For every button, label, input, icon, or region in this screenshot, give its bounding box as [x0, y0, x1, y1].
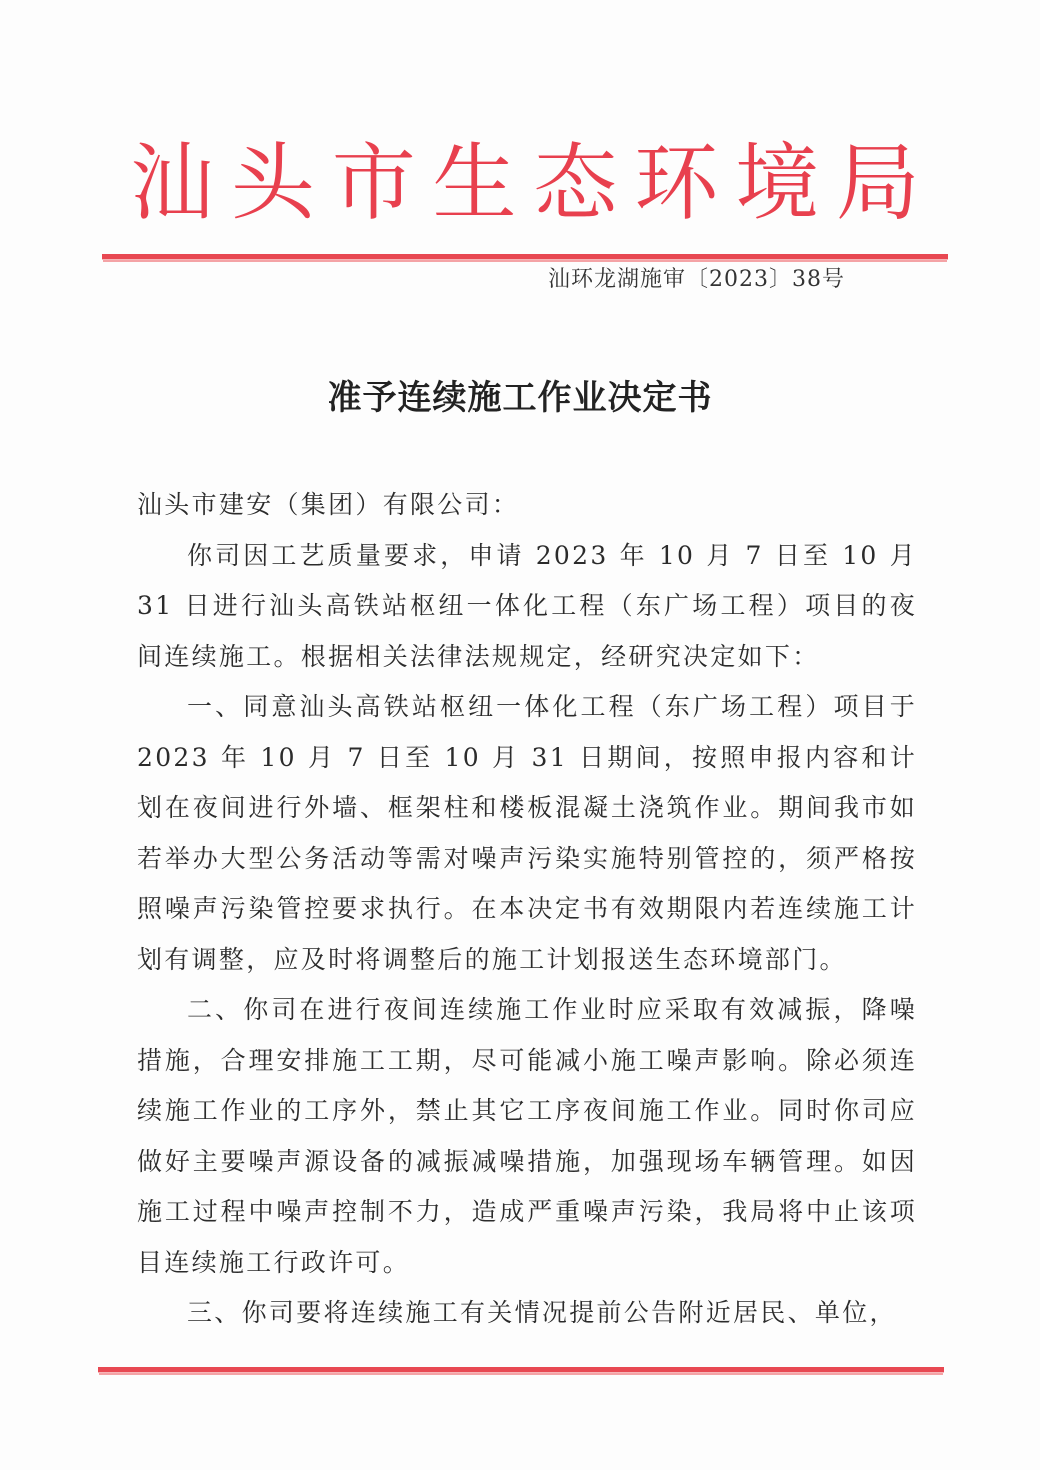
org-char: 汕 [130, 128, 214, 238]
issuing-authority-title: 汕 头 市 生 态 环 境 局 [130, 128, 920, 238]
document-title: 准予连续施工作业决定书 [0, 370, 1040, 419]
org-char: 市 [332, 128, 416, 238]
paragraph-item-1: 一、同意汕头高铁站枢纽一体化工程（东广场工程）项目于 2023 年 10 月 7… [137, 682, 917, 985]
org-char: 局 [836, 128, 920, 238]
document-page: 汕 头 市 生 态 环 境 局 汕环龙湖施审〔2023〕38号 准予连续施工作业… [0, 0, 1040, 1470]
footer-red-divider [98, 1367, 944, 1373]
paragraph-item-2: 二、你司在进行夜间连续施工作业时应采取有效减振，降噪措施，合理安排施工工期，尽可… [137, 985, 917, 1288]
org-char: 环 [634, 128, 718, 238]
document-number: 汕环龙湖施审〔2023〕38号 [548, 262, 845, 293]
paragraph-item-3: 三、你司要将连续施工有关情况提前公告附近居民、单位， [137, 1288, 917, 1339]
addressee: 汕头市建安（集团）有限公司： [137, 480, 917, 531]
org-char: 头 [231, 128, 315, 238]
org-char: 生 [433, 128, 517, 238]
paragraph-intro: 你司因工艺质量要求，申请 2023 年 10 月 7 日至 10 月 31 日进… [137, 531, 917, 683]
org-char: 境 [735, 128, 819, 238]
header-red-divider [102, 254, 948, 260]
document-body: 汕头市建安（集团）有限公司： 你司因工艺质量要求，申请 2023 年 10 月 … [137, 480, 917, 1339]
org-char: 态 [533, 128, 617, 238]
